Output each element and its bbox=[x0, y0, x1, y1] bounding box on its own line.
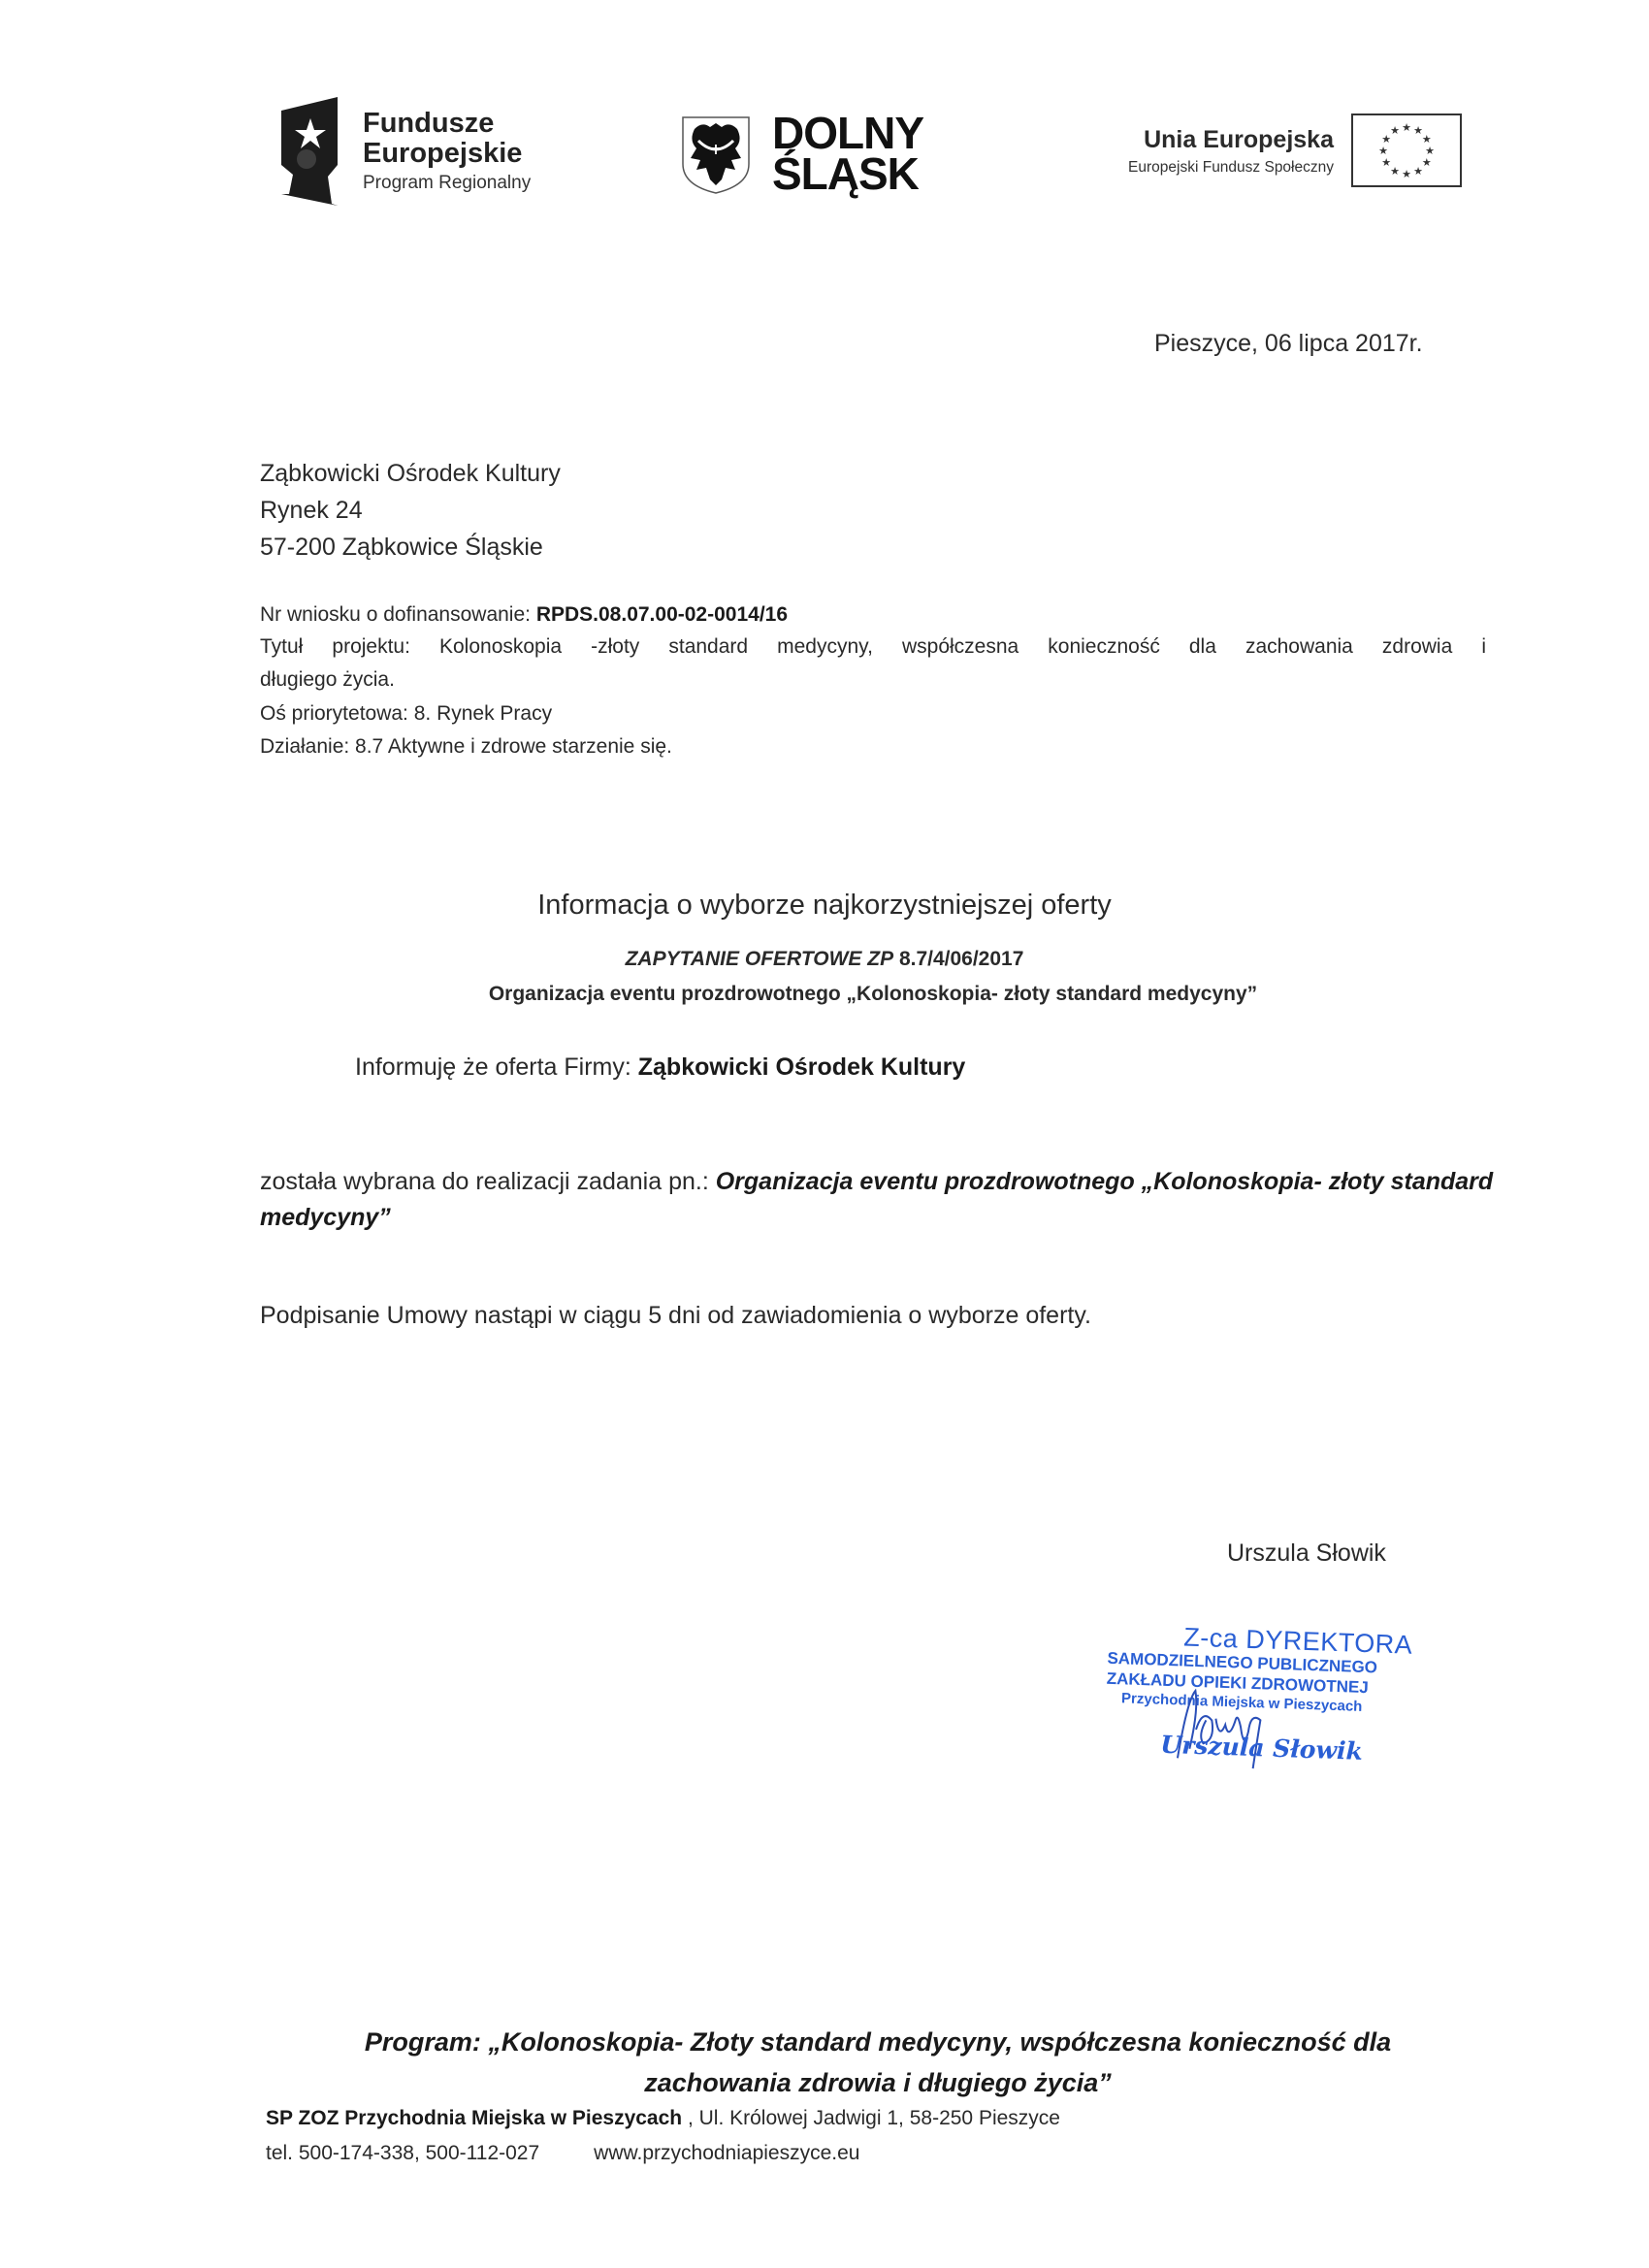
project-title-line2: długiego życia. bbox=[260, 668, 395, 692]
official-stamp: Z-ca DYREKTORA SAMODZIELNEGO PUBLICZNEGO… bbox=[1103, 1620, 1457, 1787]
footer-street: , Ul. Królowej Jadwigi 1, 58-250 Pieszyc… bbox=[682, 2107, 1060, 2129]
winner-line: Informuję że oferta Firmy: Ząbkowicki Oś… bbox=[355, 1053, 965, 1082]
svg-text:★: ★ bbox=[1390, 125, 1400, 137]
selected-text: została wybrana do realizacji zadania pn… bbox=[260, 1168, 716, 1195]
footer-phones: tel. 500-174-338, 500-112-027 bbox=[266, 2142, 539, 2164]
inquiry-reference: ZAPYTANIE OFERTOWE ZP 8.7/4/06/2017 bbox=[0, 948, 1649, 971]
inquiry-number: 8.7/4/06/2017 bbox=[893, 948, 1023, 970]
letter-date: Pieszyce, 06 lipca 2017r. bbox=[1154, 330, 1423, 358]
priority-axis: Oś priorytetowa: 8. Rynek Pracy bbox=[260, 702, 552, 726]
unia-europejska-title: Unia Europejska bbox=[1091, 126, 1334, 154]
application-number: RPDS.08.07.00-02-0014/16 bbox=[536, 603, 788, 626]
notice-heading: Informacja o wyborze najkorzystniejszej … bbox=[0, 890, 1649, 922]
svg-text:★: ★ bbox=[1390, 166, 1400, 178]
recipient-city: 57-200 Ząbkowice Śląskie bbox=[260, 534, 543, 562]
footer-website[interactable]: www.przychodniapieszyce.eu bbox=[594, 2142, 859, 2164]
eu-flag-icon: ★★★★★★★★★★★★ bbox=[1351, 113, 1462, 187]
svg-text:★: ★ bbox=[1422, 134, 1432, 146]
project-title-line1: Tytuł projektu: Kolonoskopia -złoty stan… bbox=[260, 635, 1486, 659]
application-label: Nr wniosku o dofinansowanie: bbox=[260, 603, 536, 626]
recipient-name: Ząbkowicki Ośrodek Kultury bbox=[260, 460, 561, 488]
efs-subtitle: Europejski Fundusz Społeczny bbox=[1043, 159, 1334, 177]
ds-line2: ŚLĄSK bbox=[772, 153, 923, 194]
footer-contact: tel. 500-174-338, 500-112-027www.przycho… bbox=[266, 2142, 859, 2165]
recipient-street: Rynek 24 bbox=[260, 497, 363, 525]
svg-text:★: ★ bbox=[1381, 157, 1391, 169]
signing-note: Podpisanie Umowy nastąpi w ciągu 5 dni o… bbox=[260, 1302, 1091, 1330]
svg-text:★: ★ bbox=[1402, 169, 1411, 180]
signer-name: Urszula Słowik bbox=[1227, 1539, 1386, 1568]
ds-line1: DOLNY bbox=[772, 113, 923, 153]
selection-statement: została wybrana do realizacji zadania pn… bbox=[260, 1164, 1511, 1236]
footer-org-name: SP ZOZ Przychodnia Miejska w Pieszycach bbox=[266, 2107, 682, 2129]
fundusze-europejskie-logo-icon bbox=[281, 97, 338, 206]
svg-text:★: ★ bbox=[1425, 146, 1435, 157]
svg-text:★: ★ bbox=[1402, 122, 1411, 134]
program-regionalny-label: Program Regionalny bbox=[363, 173, 531, 194]
action-line: Działanie: 8.7 Aktywne i zdrowe starzeni… bbox=[260, 735, 672, 759]
fe-line1: Fundusze bbox=[363, 109, 522, 139]
dolny-slask-wordmark: DOLNY ŚLĄSK bbox=[772, 113, 923, 194]
application-number-line: Nr wniosku o dofinansowanie: RPDS.08.07.… bbox=[260, 603, 788, 627]
svg-text:★: ★ bbox=[1378, 146, 1388, 157]
fundusze-europejskie-title: Fundusze Europejskie bbox=[363, 109, 522, 169]
program-footer-line1: Program: „Kolonoskopia- Złoty standard m… bbox=[0, 2027, 1649, 2057]
inform-label: Informuję że oferta Firmy: bbox=[355, 1053, 638, 1081]
dolny-slask-eagle-shield-icon bbox=[681, 115, 751, 195]
svg-text:★: ★ bbox=[1422, 157, 1432, 169]
winner-name: Ząbkowicki Ośrodek Kultury bbox=[638, 1053, 966, 1081]
inquiry-label: ZAPYTANIE OFERTOWE ZP bbox=[626, 948, 894, 970]
program-footer-line2: zachowania zdrowia i długiego życia” bbox=[0, 2068, 1649, 2098]
inquiry-subject: Organizacja eventu prozdrowotnego „Kolon… bbox=[0, 983, 1649, 1006]
svg-text:★: ★ bbox=[1413, 166, 1423, 178]
footer-address: SP ZOZ Przychodnia Miejska w Pieszycach … bbox=[266, 2107, 1060, 2130]
fe-line2: Europejskie bbox=[363, 139, 522, 169]
